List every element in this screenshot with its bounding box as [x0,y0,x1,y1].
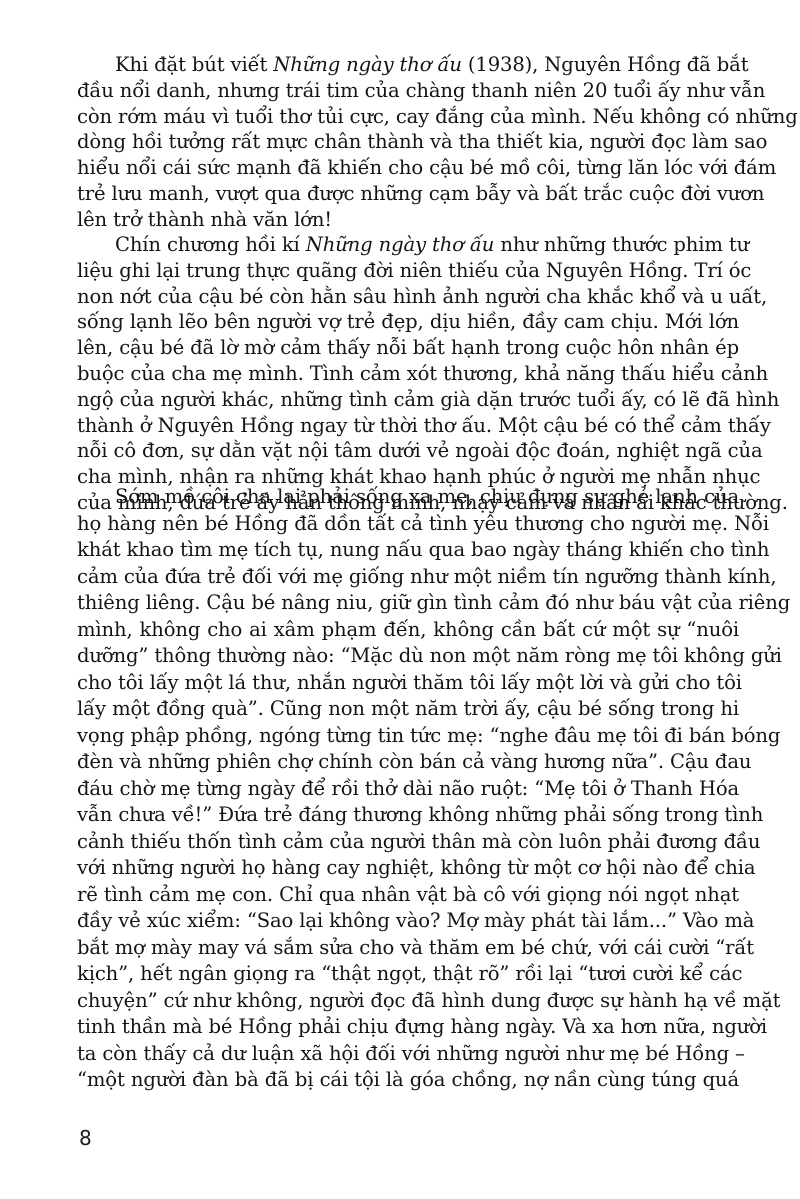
text-line: rẽ tình cảm mẹ con. Chỉ qua nhân vật bà … [77,882,739,909]
book-title: Những ngày thơ ấu [306,233,495,256]
text-line: vẫn chưa về!” Đứa trẻ đáng thương không … [77,802,739,829]
paragraph-3: Sớm mồ côi cha lại phải sống xa mẹ, chịu… [77,484,739,1094]
text-line: Khi đặt bút viết Những ngày thơ ấu (1938… [77,52,739,78]
text-line: dưỡng” thông thường nào: “Mặc dù non một… [77,643,739,670]
paragraph-1: Khi đặt bút viết Những ngày thơ ấu (1938… [77,52,739,233]
text-line: Chín chương hồi kí Những ngày thơ ấu như… [77,232,739,258]
text-line: mình, không cho ai xâm phạm đến, không c… [77,617,739,644]
text-line: thành ở Nguyên Hồng ngay từ thời thơ ấu.… [77,413,739,439]
text-line: đáu chờ mẹ từng ngày để rồi thở dài não … [77,776,739,803]
text-line: lên trở thành nhà văn lớn! [77,207,739,233]
paragraph-2: Chín chương hồi kí Những ngày thơ ấu như… [77,232,739,516]
text-line: lấy một đồng quà”. Cũng non một năm trời… [77,696,739,723]
text-line: vọng phập phồng, ngóng từng tin tức mẹ: … [77,723,739,750]
book-page: Khi đặt bút viết Những ngày thơ ấu (1938… [0,0,800,1199]
book-title: Những ngày thơ ấu [273,53,462,76]
text-line: hiểu nổi cái sức mạnh đã khiến cho cậu b… [77,155,739,181]
text-line: sống lạnh lẽo bên người vợ trẻ đẹp, dịu … [77,309,739,335]
text-line: đầu nổi danh, nhưng trái tim của chàng t… [77,78,739,104]
text-line: tinh thần mà bé Hồng phải chịu đựng hàng… [77,1014,739,1041]
text-line: trẻ lưu manh, vượt qua được những cạm bẫ… [77,181,739,207]
text-line: liệu ghi lại trung thực quãng đời niên t… [77,258,739,284]
text-line: cảnh thiếu thốn tình cảm của người thân … [77,829,739,856]
text-line: họ hàng nên bé Hồng đã dồn tất cả tình y… [77,511,739,538]
text-line: lên, cậu bé đã lờ mờ cảm thấy nỗi bất hạ… [77,335,739,361]
text-line: thiêng liêng. Cậu bé nâng niu, giữ gìn t… [77,590,739,617]
text-line: ta còn thấy cả dư luận xã hội đối với nh… [77,1041,739,1068]
text-line: dòng hồi tưởng rất mực chân thành và tha… [77,129,739,155]
text-line: chuyện” cứ như không, người đọc đã hình … [77,988,739,1015]
text-line: ngộ của người khác, những tình cảm già d… [77,387,739,413]
text-line: với những người họ hàng cay nghiệt, khôn… [77,855,739,882]
text-line: nỗi cô đơn, sự dằn vặt nội tâm dưới vẻ n… [77,438,739,464]
text-line: non nớt của cậu bé còn hằn sâu hình ảnh … [77,284,739,310]
text-line: đèn và những phiên chợ chính còn bán cả … [77,749,739,776]
text-line: đầy vẻ xúc xiểm: “Sao lại không vào? Mợ … [77,908,739,935]
text-line: bắt mợ mày may vá sắm sửa cho và thăm em… [77,935,739,962]
text-line: khát khao tìm mẹ tích tụ, nung nấu qua b… [77,537,739,564]
text-line: “một người đàn bà đã bị cái tội là góa c… [77,1067,739,1094]
text-line: kịch”, hết ngân giọng ra “thật ngọt, thậ… [77,961,739,988]
text-line: Sớm mồ côi cha lại phải sống xa mẹ, chịu… [77,484,739,511]
text-line: còn rớm máu vì tuổi thơ tủi cực, cay đắn… [77,104,739,130]
page-number: 8 [79,1126,92,1150]
text-line: cho tôi lấy một lá thư, nhắn người thăm … [77,670,739,697]
text-line: cảm của đứa trẻ đối với mẹ giống như một… [77,564,739,591]
text-line: buộc của cha mẹ mình. Tình cảm xót thươn… [77,361,739,387]
